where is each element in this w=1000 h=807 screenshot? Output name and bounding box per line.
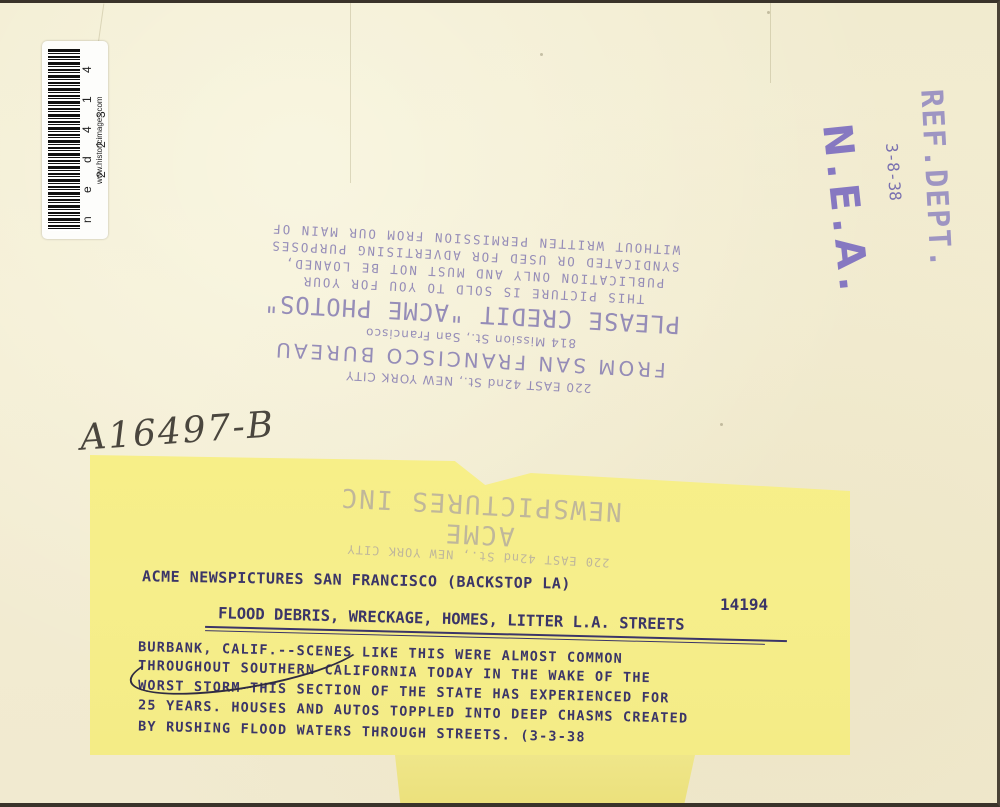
credit-stamp: 220 EAST 42nd St., NEW YORK CITY FROM SA… bbox=[258, 220, 686, 402]
barcode-digits: n e d 4 1 4 2 2 3 bbox=[80, 49, 96, 231]
speck bbox=[540, 53, 543, 56]
barcode-icon bbox=[48, 49, 80, 231]
date-stamp: 3-8-38 bbox=[882, 142, 905, 201]
handwritten-id: A16497-B bbox=[79, 404, 277, 459]
paper-crease bbox=[770, 3, 771, 83]
caption-label-tail bbox=[395, 755, 695, 807]
barcode-sticker: n e d 4 1 4 2 2 3 www.historicimages.com bbox=[42, 41, 108, 239]
nea-stamp: N.E.A. bbox=[813, 121, 877, 299]
ref-dept-stamp: REF.DEPT. bbox=[913, 88, 957, 270]
speck bbox=[720, 423, 723, 426]
speck bbox=[767, 11, 770, 14]
caption-photo-number: 14194 bbox=[720, 595, 768, 614]
photo-back: n e d 4 1 4 2 2 3 www.historicimages.com… bbox=[0, 0, 1000, 807]
paper-crease bbox=[350, 3, 351, 183]
barcode-website: www.historicimages.com bbox=[95, 49, 105, 231]
stamp-showthrough: 220 EAST 42nd St., NEW YORK CITY ACME NE… bbox=[328, 465, 632, 571]
